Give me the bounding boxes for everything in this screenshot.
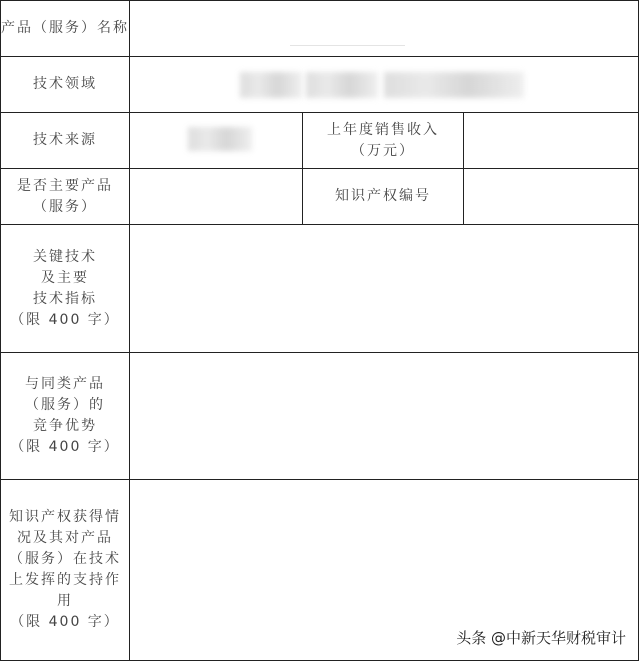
label-line: 竞争优势 (33, 416, 97, 437)
label-line: 与同类产品 (25, 374, 105, 395)
redacted-value (306, 72, 378, 98)
field-technical-field[interactable] (130, 57, 638, 112)
redacted-value (240, 72, 302, 98)
label-line: （限 400 字） (10, 437, 120, 458)
label-line: 关键技术 (33, 247, 97, 268)
label-line: （万元） (351, 141, 415, 162)
product-info-form-table: 产品（服务）名称 技术领域 技术来源 上年度销售收入 （万元） 是否主要产品 （… (0, 0, 640, 662)
redacted-value (188, 127, 252, 151)
label-line: 技术指标 (33, 289, 97, 310)
label-line: 用 (57, 591, 73, 612)
table-border-bottom (0, 660, 639, 661)
label-line: 况及其对产品 (17, 528, 113, 549)
field-is-main-product[interactable] (130, 169, 302, 224)
label-line: （限 400 字） (10, 310, 120, 331)
label-last-year-sales: 上年度销售收入 （万元） (303, 113, 463, 168)
field-product-name[interactable] (130, 1, 638, 56)
faint-underline (290, 45, 405, 46)
label-line: （服务）在技术 (9, 549, 121, 570)
label-line: 是否主要产品 (17, 176, 113, 197)
label-line: （限 400 字） (10, 612, 120, 633)
label-ip-acquisition: 知识产权获得情 况及其对产品 （服务）在技术 上发挥的支持作 用 （限 400 … (1, 480, 129, 660)
redacted-value (384, 72, 524, 98)
label-line: 产品（服务）名称 (1, 18, 129, 39)
label-line: 技术来源 (33, 130, 97, 151)
label-line: （服务） (33, 197, 97, 218)
label-line: 技术领域 (33, 74, 97, 95)
label-ip-number: 知识产权编号 (303, 169, 463, 224)
label-line: 及主要 (41, 268, 89, 289)
label-line: （服务）的 (25, 395, 105, 416)
label-key-technology: 关键技术 及主要 技术指标 （限 400 字） (1, 225, 129, 352)
label-technology-source: 技术来源 (1, 113, 129, 168)
watermark: 头条 @中新天华财税审计 (456, 627, 626, 648)
field-competitive-advantage[interactable] (130, 353, 638, 479)
field-ip-number[interactable] (464, 169, 638, 224)
label-competitive-advantage: 与同类产品 （服务）的 竞争优势 （限 400 字） (1, 353, 129, 479)
label-line: 上发挥的支持作 (9, 570, 121, 591)
field-last-year-sales[interactable] (464, 113, 638, 168)
label-technical-field: 技术领域 (1, 57, 129, 112)
field-technology-source[interactable] (130, 113, 302, 168)
label-is-main-product: 是否主要产品 （服务） (1, 169, 129, 224)
label-line: 知识产权编号 (335, 186, 431, 207)
label-line: 上年度销售收入 (327, 120, 439, 141)
label-line: 知识产权获得情 (9, 507, 121, 528)
field-key-technology[interactable] (130, 225, 638, 352)
table-border-right (638, 0, 639, 661)
label-product-name: 产品（服务）名称 (1, 1, 129, 56)
